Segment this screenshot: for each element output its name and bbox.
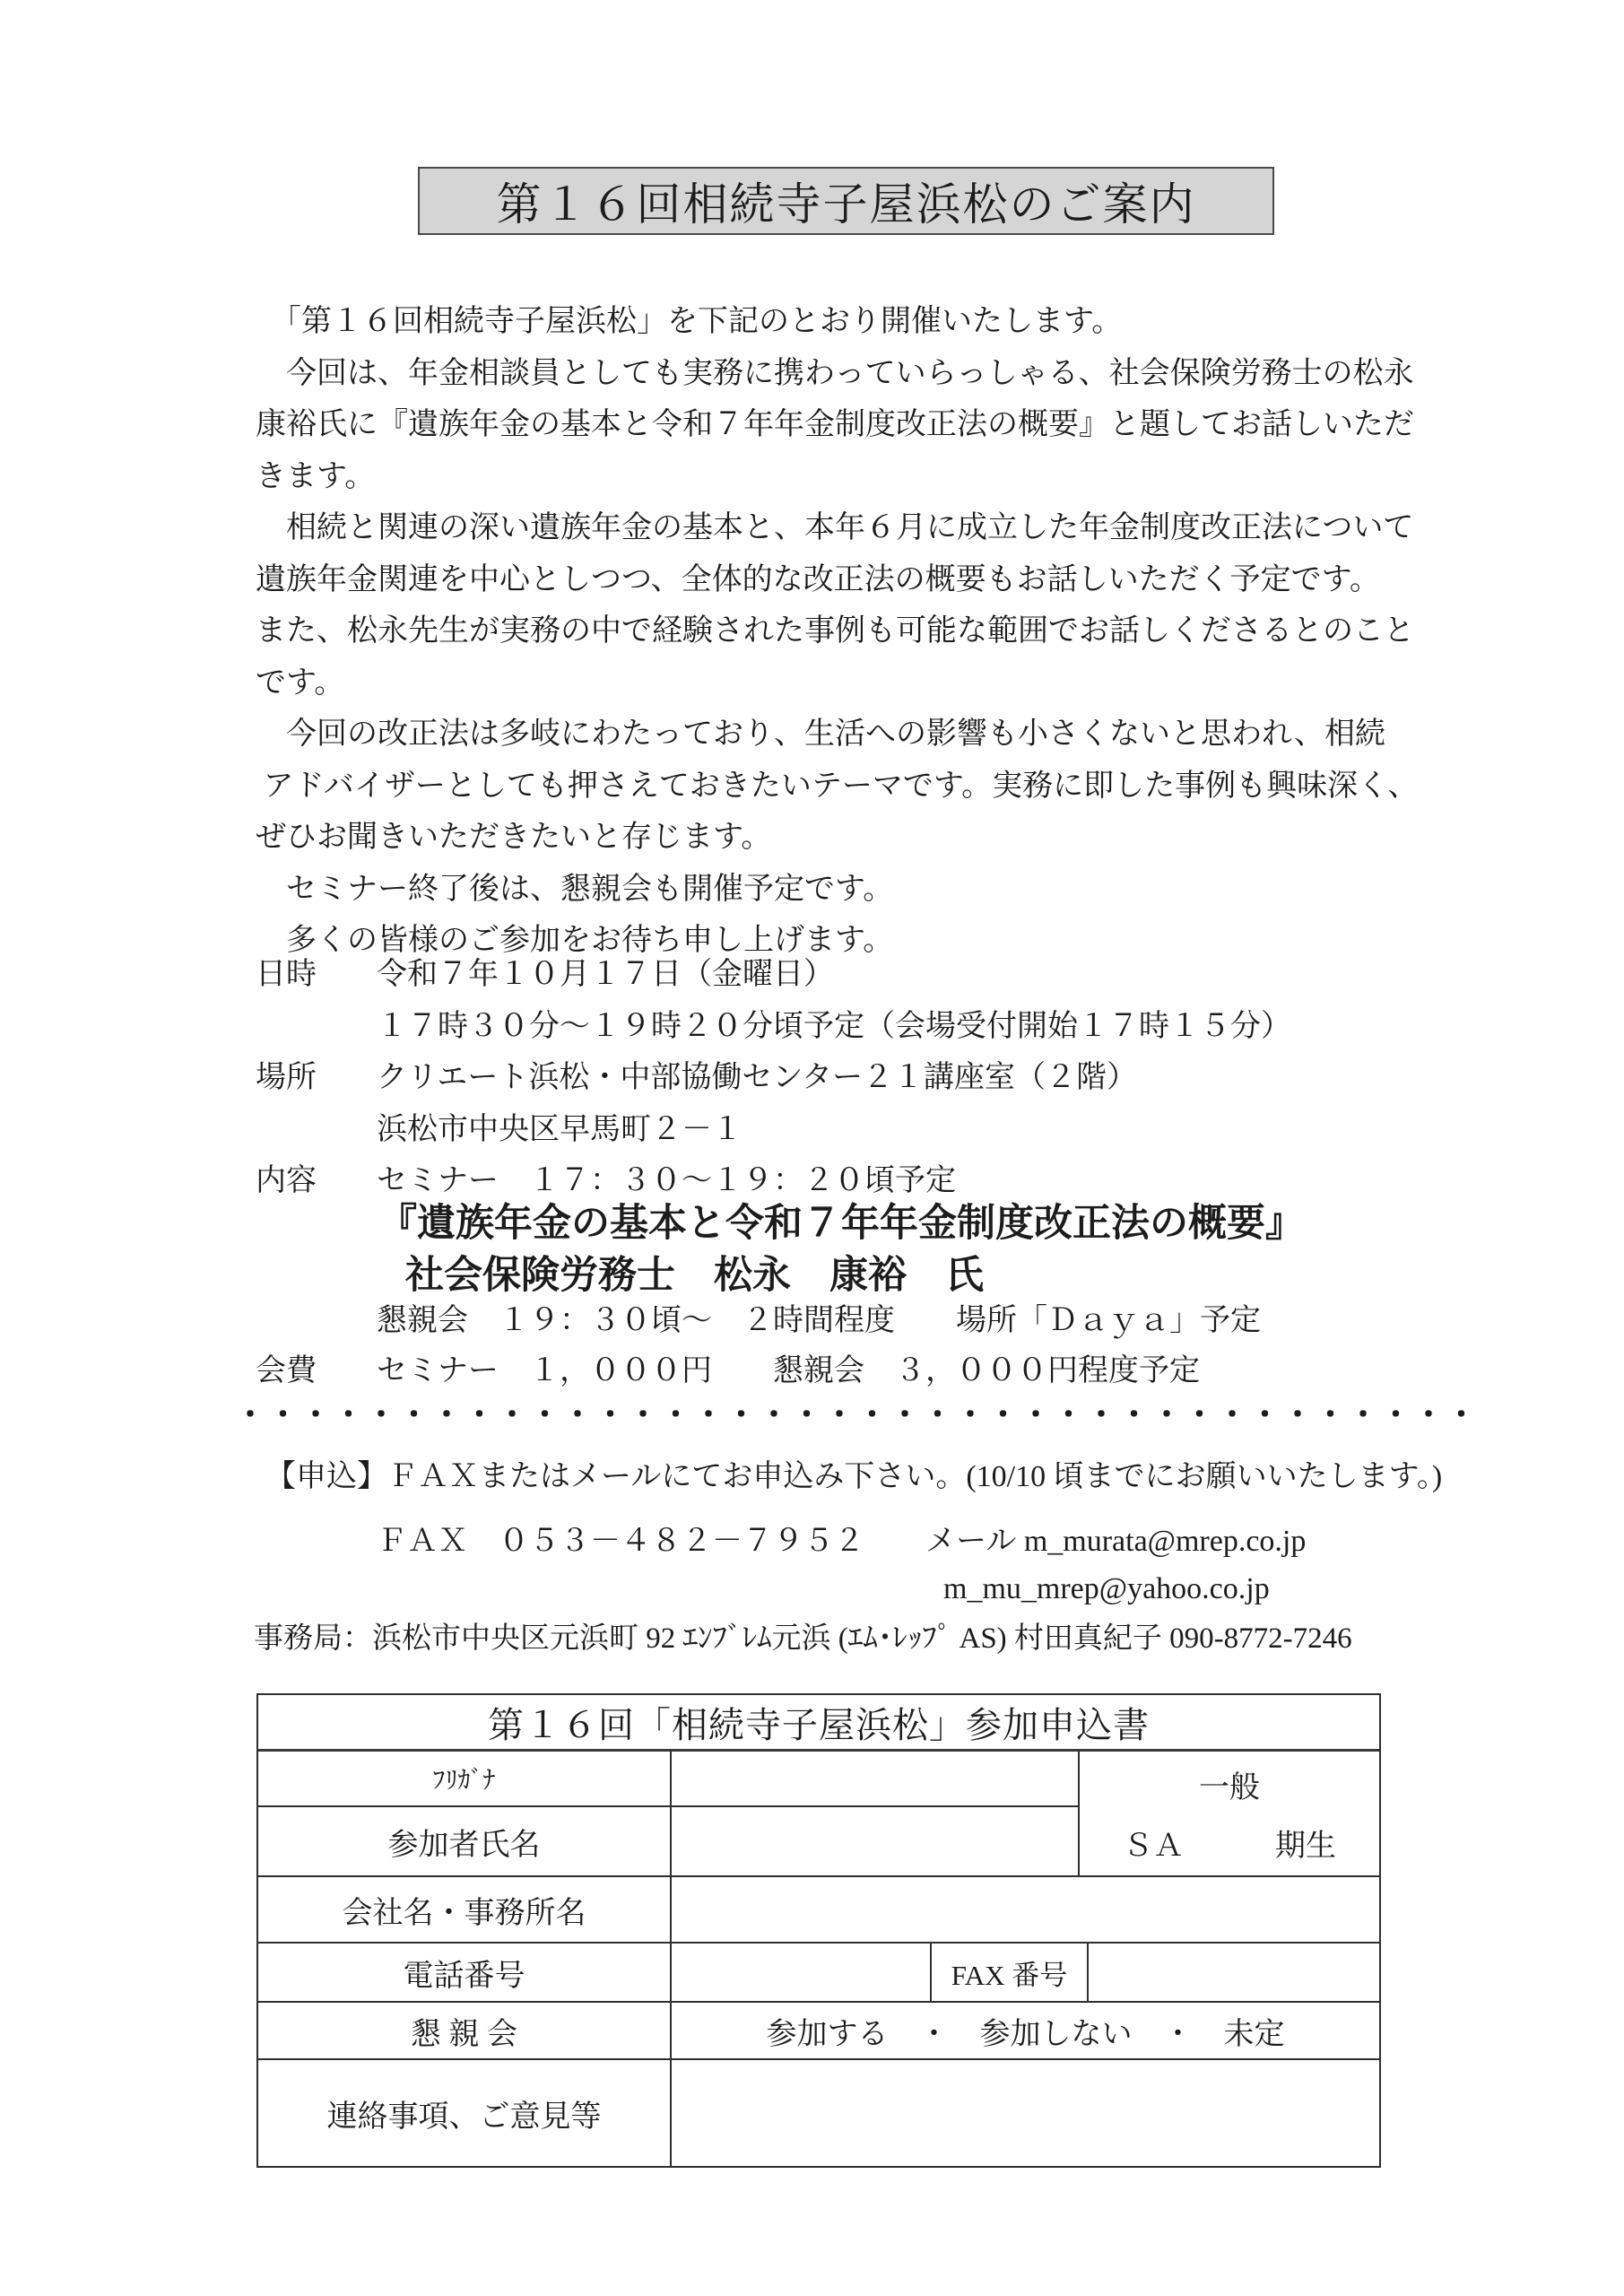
phone-label: 電話番号 bbox=[258, 1944, 670, 2001]
intro-line: です。 bbox=[256, 657, 1457, 709]
detail-label-spacer bbox=[256, 1001, 377, 1045]
intro-paragraphs: 「第１６回相続寺子屋浜松」を下記のとおり開催いたします。 今回は、年金相談員とし… bbox=[256, 296, 1457, 967]
detail-value-place: クリエート浜松・中部協働センター２１講座室（２階） bbox=[377, 1052, 1137, 1096]
detail-label-datetime: 日時 bbox=[256, 949, 377, 993]
party-info-line: 懇親会 １９：３０頃～ ２時間程度 場所「Ｄａｙａ」予定 bbox=[377, 1295, 1261, 1339]
intro-line: ぜひお聞きいただきたいと存じます。 bbox=[256, 812, 1457, 864]
form-name-labels-column: ﾌﾘｶﾞﾅ 参加者氏名 bbox=[258, 1752, 670, 1875]
furigana-label: ﾌﾘｶﾞﾅ bbox=[258, 1752, 670, 1807]
seminar-title: 『遺族年金の基本と令和７年年金制度改正法の概要』 bbox=[378, 1193, 1304, 1248]
title-banner: 第１６回相続寺子屋浜松のご案内 bbox=[418, 167, 1274, 235]
detail-label-place: 場所 bbox=[256, 1052, 377, 1096]
furigana-input-cell bbox=[672, 1752, 1078, 1807]
apply-instruction-line: 【申込】ＦＡＸまたはメールにてお申込み下さい。(10/10 頃までにお願いいたし… bbox=[265, 1451, 1442, 1495]
dotted-separator: ・・・・・・・・・・・・・・・・・・・・・・・・・・・・・・・・・・・・・・ bbox=[235, 1390, 1479, 1434]
form-title-row: 第１６回「相続寺子屋浜松」参加申込書 bbox=[258, 1695, 1379, 1749]
office-contact-line: 事務局：浜松市中央区元浜町 92 ｴﾝﾌﾞﾚﾑ元浜 (ｴﾑ･ﾚｯﾌﾟ AS) 村… bbox=[254, 1614, 1352, 1657]
form-title: 第１６回「相続寺子屋浜松」参加申込書 bbox=[258, 1695, 1379, 1749]
document-page: { "banner": { "title": "第１６回相続寺子屋浜松のご案内"… bbox=[0, 0, 1624, 2296]
intro-line: また、松永先生が実務の中で経験された事例も可能な範囲でお話しくださるとのこと bbox=[256, 605, 1457, 657]
fax-number-label: FAX 番号 bbox=[930, 1944, 1087, 2001]
intro-line: 「第１６回相続寺子屋浜松」を下記のとおり開催いたします。 bbox=[256, 296, 1457, 348]
detail-value-datetime: 令和７年１０月１７日（金曜日） bbox=[377, 949, 834, 993]
secondary-email: m_mu_mrep@yahoo.co.jp bbox=[943, 1572, 1270, 1606]
intro-line: 今回の改正法は多岐にわたっており、生活への影響も小さくないと思われ、相続 bbox=[256, 709, 1457, 761]
speaker-name: 社会保険労務士 松永 康裕 氏 bbox=[405, 1245, 984, 1300]
category-sa-kisei: ＳＡ 期生 bbox=[1123, 1821, 1336, 1865]
form-notes-row: 連絡事項、ご意見等 bbox=[258, 2058, 1379, 2166]
detail-row-datetime2: １７時３０分～１９時２０分頃予定（会場受付開始１７時１５分） bbox=[256, 1001, 1291, 1045]
detail-row-place2: 浜松市中央区早馬町２－１ bbox=[256, 1104, 743, 1148]
participant-name-label: 参加者氏名 bbox=[258, 1807, 670, 1875]
intro-line: 相続と関連の深い遺族年金の基本と、本年６月に成立した年金制度改正法について bbox=[256, 502, 1457, 554]
form-party-row: 懇 親 会 参加する ・ 参加しない ・ 未定 bbox=[258, 2001, 1379, 2058]
detail-label-content: 内容 bbox=[256, 1155, 377, 1199]
notes-input-cell bbox=[670, 2060, 1379, 2166]
party-label: 懇 親 会 bbox=[258, 2003, 670, 2058]
company-input-cell bbox=[670, 1877, 1379, 1942]
form-phone-row: 電話番号 FAX 番号 bbox=[258, 1942, 1379, 2001]
form-company-row: 会社名・事務所名 bbox=[258, 1875, 1379, 1942]
phone-input-cell bbox=[670, 1944, 930, 2001]
form-name-rows: ﾌﾘｶﾞﾅ 参加者氏名 一般 ＳＡ 期生 bbox=[258, 1749, 1379, 1875]
company-label: 会社名・事務所名 bbox=[258, 1877, 670, 1942]
application-form-table: 第１６回「相続寺子屋浜松」参加申込書 ﾌﾘｶﾞﾅ 参加者氏名 一般 ＳＡ 期生 … bbox=[256, 1693, 1381, 2168]
intro-line: アドバイザーとしても押さえておきたいテーマです。実務に即した事例も興味深く、 bbox=[256, 761, 1457, 813]
intro-line: きます。 bbox=[256, 451, 1457, 503]
intro-line: セミナー終了後は、懇親会も開催予定です。 bbox=[256, 864, 1457, 916]
intro-line: 遺族年金関連を中心としつつ、全体的な改正法の概要もお話しいただく予定です。 bbox=[256, 554, 1457, 606]
detail-value-place2: 浜松市中央区早馬町２－１ bbox=[377, 1104, 743, 1148]
notes-label: 連絡事項、ご意見等 bbox=[258, 2060, 670, 2166]
detail-label-spacer bbox=[256, 1104, 377, 1148]
party-options: 参加する ・ 参加しない ・ 未定 bbox=[670, 2003, 1379, 2058]
category-general: 一般 bbox=[1199, 1762, 1260, 1806]
fax-and-email-line: ＦＡＸ ０５３－４８２－７９５２ メール m_murata@mrep.co.jp bbox=[377, 1516, 1306, 1560]
participant-name-input-cell bbox=[672, 1807, 1078, 1875]
detail-value-datetime2: １７時３０分～１９時２０分頃予定（会場受付開始１７時１５分） bbox=[377, 1001, 1291, 1045]
detail-row-fee: 会費 セミナー １，０００円 懇親会 ３，０００円程度予定 bbox=[256, 1345, 1200, 1389]
intro-line: 康裕氏に『遺族年金の基本と令和７年年金制度改正法の概要』と題してお話しいただ bbox=[256, 399, 1457, 451]
fax-input-cell bbox=[1087, 1944, 1379, 2001]
category-cell: 一般 ＳＡ 期生 bbox=[1078, 1752, 1379, 1875]
detail-label-fee: 会費 bbox=[256, 1345, 377, 1389]
detail-value-fee: セミナー １，０００円 懇親会 ３，０００円程度予定 bbox=[377, 1345, 1200, 1389]
intro-line: 今回は、年金相談員としても実務に携わっていらっしゃる、社会保険労務士の松永 bbox=[256, 348, 1457, 400]
detail-row-datetime: 日時 令和７年１０月１７日（金曜日） bbox=[256, 949, 834, 993]
form-name-inputs-column bbox=[670, 1752, 1078, 1875]
page-title: 第１６回相続寺子屋浜松のご案内 bbox=[497, 169, 1196, 233]
detail-row-place: 場所 クリエート浜松・中部協働センター２１講座室（２階） bbox=[256, 1052, 1137, 1096]
